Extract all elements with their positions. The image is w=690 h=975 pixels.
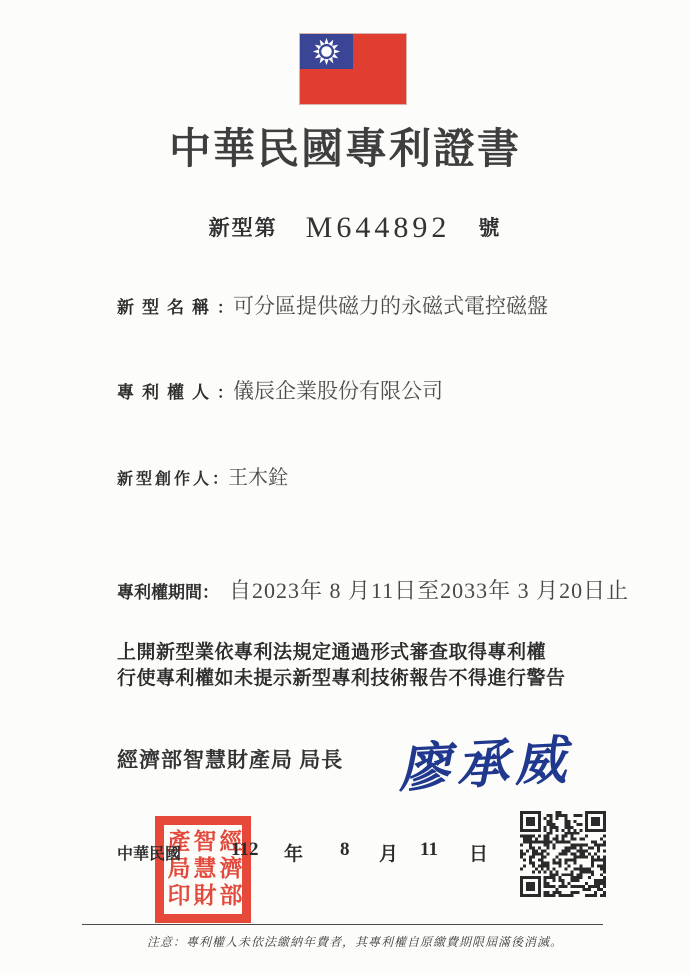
date-month: 8 [340, 839, 350, 861]
patent-number-value: M644892 [306, 211, 451, 244]
seal-column-3: 產局印 [166, 829, 189, 910]
roc-flag [300, 34, 406, 104]
seal-column-2: 智慧財 [192, 829, 215, 910]
flag-canton [300, 34, 353, 69]
field-patentee-value: 儀辰企業股份有限公司 [233, 379, 443, 403]
field-colon: ： [217, 385, 233, 402]
field-patentee: 專利權人：儀辰企業股份有限公司 [117, 375, 443, 405]
field-patentee-label: 專利權人 [117, 383, 217, 402]
legal-statement: 上開新型業依專利法規定通過形式審查取得專利權 行使專利權如未提示新型專利技術報告… [117, 640, 566, 692]
date-day-unit: 日 [469, 839, 488, 866]
patent-number-line: 新型第 M644892 號 [0, 211, 690, 245]
seal-column-1: 經濟部 [218, 829, 241, 910]
patent-certificate-page: 中華民國專利證書 新型第 M644892 號 新型名稱：可分區提供磁力的永磁式電… [0, 0, 690, 975]
legal-statement-line2: 行使專利權如未提示新型專利技術報告不得進行警告 [117, 666, 566, 692]
field-colon: ： [217, 300, 233, 317]
patent-number-prefix: 新型第 [209, 216, 278, 240]
footer-divider [82, 924, 603, 925]
date-year-unit: 年 [284, 839, 303, 866]
director-signature: 廖承威 [396, 717, 580, 801]
field-patent-name-value: 可分區提供磁力的永磁式電控磁盤 [233, 294, 548, 318]
field-patent-term: 專利權期間：自2023年 8 月11日至2033年 3 月20日止 [117, 574, 629, 605]
patent-number-suffix: 號 [478, 216, 499, 240]
field-creator-label: 新型創作人 [117, 471, 212, 488]
field-patent-name-label: 新型名稱 [117, 298, 217, 317]
footer-note: 注意：專利權人未依法繳納年費者，其專利權自原繳費期限屆滿後消滅。 [60, 933, 650, 950]
field-patent-term-value: 自2023年 8 月11日至2033年 3 月20日止 [229, 578, 629, 603]
field-creator: 新型創作人：王木銓 [117, 461, 288, 490]
field-patent-name: 新型名稱：可分區提供磁力的永磁式電控磁盤 [117, 290, 548, 320]
legal-statement-line1: 上開新型業依專利法規定通過形式審查取得專利權 [117, 640, 566, 666]
field-patent-term-label: 專利權期間： [117, 583, 219, 602]
official-seal-inner: 經濟部 智慧財 產局印 [164, 825, 242, 914]
date-month-unit: 月 [379, 839, 398, 866]
date-day: 11 [420, 839, 438, 861]
field-creator-value: 王木銓 [228, 467, 288, 489]
qr-code [520, 811, 606, 897]
field-colon: ： [212, 471, 228, 488]
issuer-title: 經濟部智慧財產局 局長 [117, 744, 343, 774]
official-seal: 經濟部 智慧財 產局印 [155, 816, 251, 923]
certificate-title: 中華民國專利證書 [0, 116, 690, 176]
sun-icon [311, 36, 342, 67]
